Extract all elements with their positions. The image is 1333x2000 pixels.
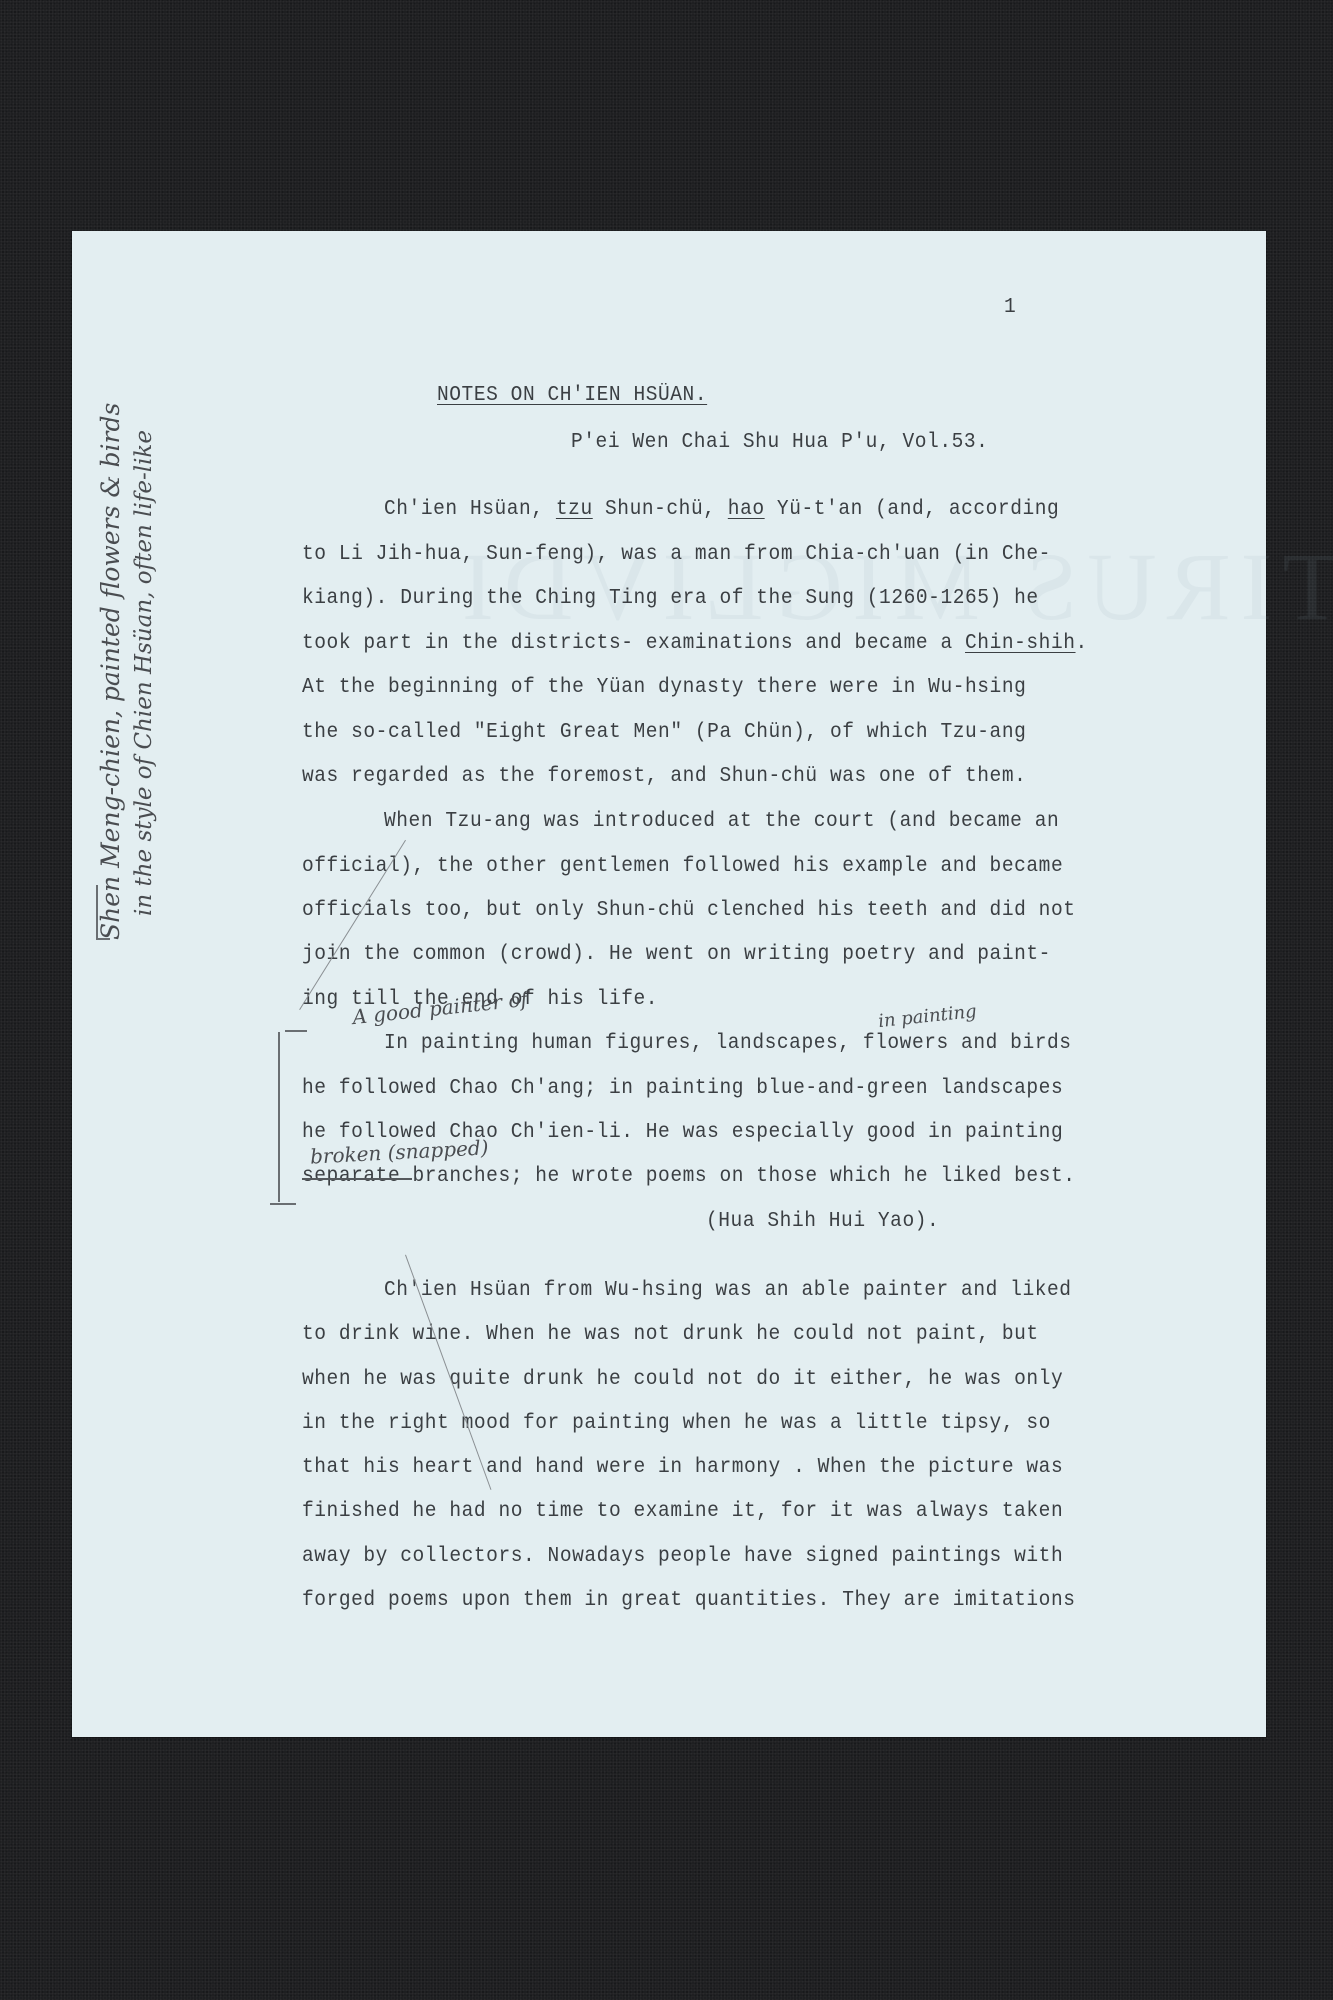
paragraph-bracket <box>278 1032 280 1202</box>
paragraph-line: to Li Jih-hua, Sun-feng), was a man from… <box>302 543 1051 566</box>
bracket-top-tick <box>285 1030 307 1032</box>
paragraph-line: officials too, but only Shun-chü clenche… <box>302 899 1076 922</box>
paragraph-line: Ch'ien Hsüan from Wu-hsing was an able p… <box>384 1279 1072 1302</box>
margin-note-line-1: Shen Meng-chien, painted flowers & birds <box>96 403 125 940</box>
paragraph-line: At the beginning of the Yüan dynasty the… <box>302 676 1026 699</box>
bracket-bottom-tick <box>270 1203 296 1205</box>
paragraph-line: kiang). During the Ching Ting era of the… <box>302 587 1039 610</box>
paragraph-line: In painting human figures, landscapes, f… <box>384 1032 1072 1055</box>
margin-note-line-2: in the style of Chien Hsüan, often life-… <box>131 379 157 916</box>
paragraph-line: finished he had no time to examine it, f… <box>302 1500 1063 1523</box>
paragraph-line: was regarded as the foremost, and Shun-c… <box>302 765 1026 788</box>
margin-note: Shen Meng-chien, painted flowers & birds… <box>96 403 151 940</box>
source-reference: P'ei Wen Chai Shu Hua P'u, Vol.53. <box>571 431 988 454</box>
paragraph-line: took part in the districts- examinations… <box>302 632 1088 655</box>
paragraph-line: to drink wine. When he was not drunk he … <box>302 1323 1039 1346</box>
document-title: NOTES ON CH'IEN HSÜAN. <box>437 384 707 407</box>
paragraph-line: official), the other gentlemen followed … <box>302 855 1063 878</box>
citation: (Hua Shih Hui Yao). <box>706 1210 939 1233</box>
paragraph-line: forged poems upon them in great quantiti… <box>302 1589 1076 1612</box>
paragraph-line: away by collectors. Nowadays people have… <box>302 1545 1063 1568</box>
paragraph-line: Ch'ien Hsüan, tzu Shun-chü, hao Yü-t'an … <box>384 498 1059 521</box>
paragraph-line: separate branches; he wrote poems on tho… <box>302 1165 1076 1188</box>
paragraph-line: When Tzu-ang was introduced at the court… <box>384 810 1059 833</box>
paragraph-line: when he was quite drunk he could not do … <box>302 1368 1063 1391</box>
paragraph-line: he followed Chao Ch'ang; in painting blu… <box>302 1077 1063 1100</box>
margin-note-bracket-foot <box>96 938 110 940</box>
paragraph-line: the so-called "Eight Great Men" (Pa Chün… <box>302 721 1026 744</box>
paragraph-line: that his heart and hand were in harmony … <box>302 1456 1063 1479</box>
margin-note-bracket <box>96 885 98 940</box>
paragraph-line: in the right mood for painting when he w… <box>302 1412 1051 1435</box>
strikethrough-separate <box>302 1178 412 1180</box>
paragraph-line: join the common (crowd). He went on writ… <box>302 943 1051 966</box>
page-number: 1 <box>1004 296 1016 319</box>
